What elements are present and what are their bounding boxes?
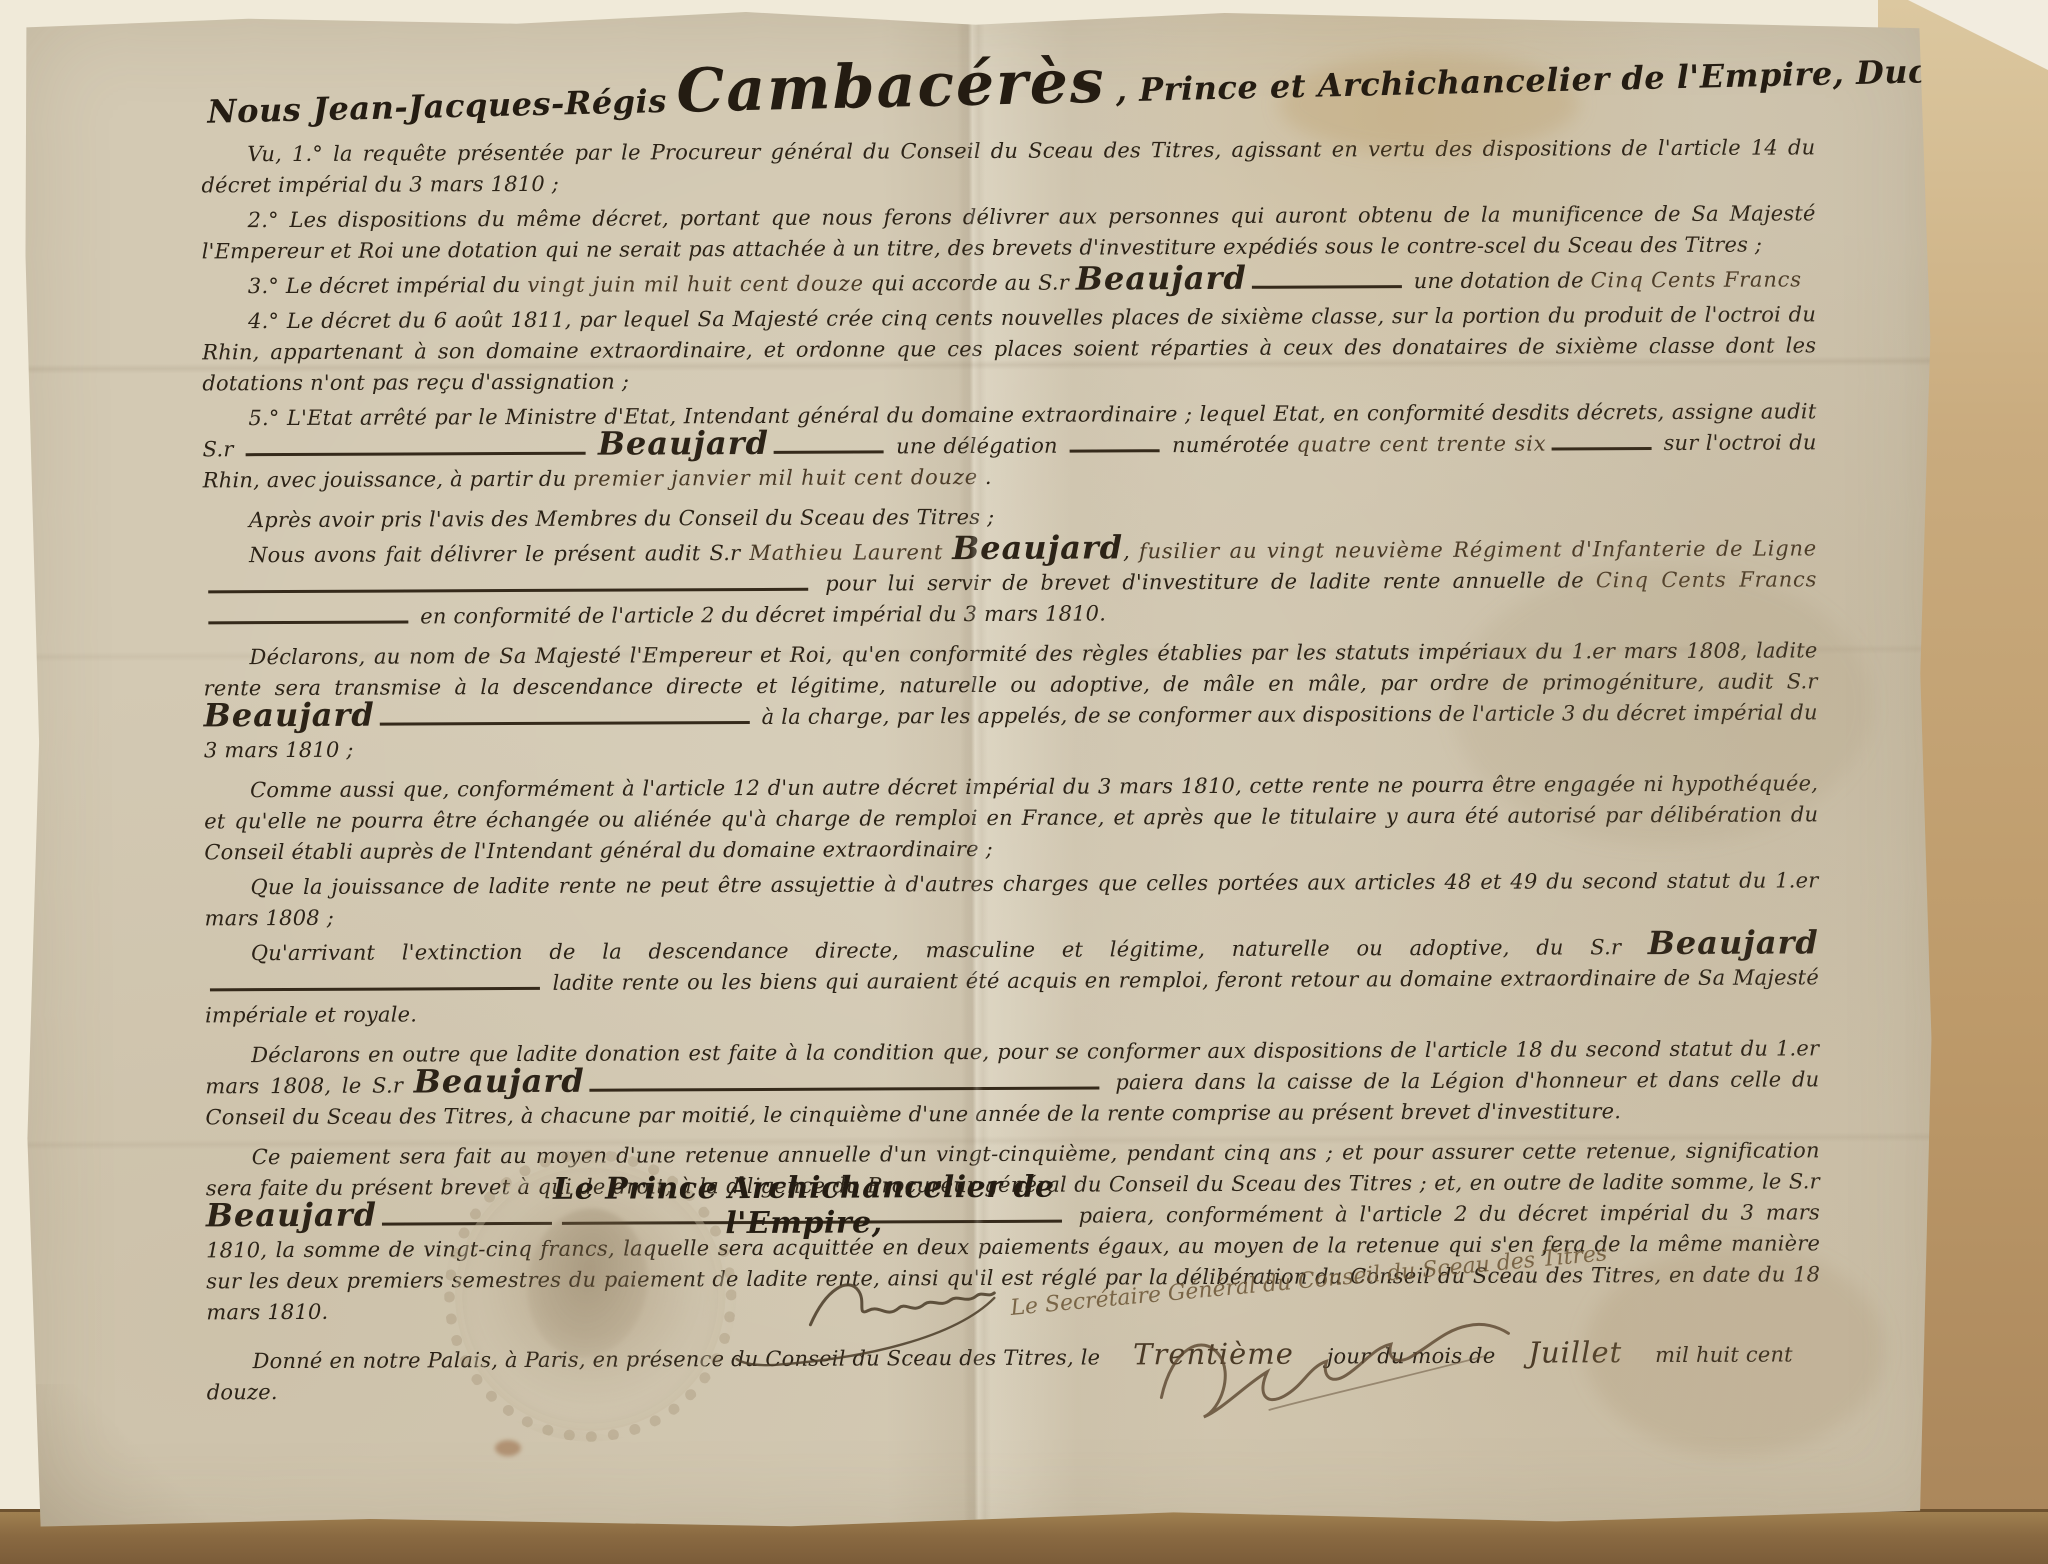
blank-underline xyxy=(208,618,408,624)
paragraph: Que la jouissance de ladite rente ne peu… xyxy=(204,865,1818,934)
document-heading: Nous Jean-Jacques-Régis Cambacérès , Pri… xyxy=(207,45,1816,131)
text-segment: Beaujard xyxy=(1648,923,1819,962)
document-paragraphs: Vu, 1.° la requête présentée par le Proc… xyxy=(201,132,1820,1328)
blank-underline xyxy=(210,985,540,991)
text-segment: Beaujard xyxy=(204,696,375,735)
blank-underline xyxy=(774,448,884,453)
text-segment: ladite rente ou les biens qui auraient é… xyxy=(205,965,1819,1027)
text-segment: numérotée xyxy=(1165,433,1297,458)
text-segment: une délégation xyxy=(889,434,1065,459)
blank-underline xyxy=(1252,283,1402,289)
blank-underline xyxy=(246,450,586,456)
text-segment: Beaujard xyxy=(598,424,769,463)
blank-underline xyxy=(1070,447,1160,452)
text-segment: Comme aussi que, conformément à l'articl… xyxy=(204,771,1818,864)
parchment-document: Nous Jean-Jacques-Régis Cambacérès , Pri… xyxy=(19,4,1940,1534)
paragraph: 4.° Le décret du 6 août 1811, par lequel… xyxy=(202,299,1816,399)
text-segment: Juillet xyxy=(1528,1335,1622,1369)
text-segment: fusilier au vingt neuvième Régiment d'In… xyxy=(1139,536,1817,563)
paragraph: Comme aussi que, conformément à l'articl… xyxy=(204,768,1818,868)
text-segment: . xyxy=(978,465,992,489)
paragraph: 5.° L'Etat arrêté par le Ministre d'Etat… xyxy=(202,396,1816,496)
text-segment: Mathieu Laurent xyxy=(749,540,943,565)
text-segment: Vu, 1.° la requête présentée par le Proc… xyxy=(201,135,1815,197)
text-segment: 4.° Le décret du 6 août 1811, par lequel… xyxy=(202,302,1816,395)
corner-fold-shadow xyxy=(25,1383,216,1534)
paragraph: 3.° Le décret impérial du vingt juin mil… xyxy=(202,264,1816,302)
paragraph: Déclarons en outre que ladite donation e… xyxy=(205,1033,1819,1133)
text-segment: Beaujard xyxy=(952,528,1123,567)
text-segment: quatre cent trente six xyxy=(1296,432,1546,457)
text-segment: Que la jouissance de ladite rente ne peu… xyxy=(205,868,1819,930)
text-segment: une dotation de xyxy=(1407,268,1591,293)
text-segment: en conformité de l'article 2 du décret i… xyxy=(413,601,1106,628)
text-segment: Déclarons, au nom de Sa Majesté l'Empere… xyxy=(204,638,1818,700)
text-segment: Beaujard xyxy=(1076,259,1247,298)
text-segment: vingt juin mil huit cent douze xyxy=(527,271,864,296)
text-segment: premier janvier mil huit cent douze xyxy=(573,465,978,491)
text-segment: Nous avons fait délivrer le présent audi… xyxy=(249,541,749,567)
text-segment: Beaujard xyxy=(414,1062,585,1101)
photograph-of-document: { "photo": { "backdrop_color": "#f0ead9"… xyxy=(0,0,2048,1564)
blank-underline xyxy=(208,586,808,594)
paragraph: Vu, 1.° la requête présentée par le Proc… xyxy=(201,132,1815,201)
heading-pre: Nous Jean-Jacques-Régis xyxy=(207,82,667,131)
text-segment: 3.° Le décret impérial du xyxy=(248,273,528,298)
text-segment: , xyxy=(1123,539,1139,563)
text-segment: 2.° Les dispositions du même décret, por… xyxy=(202,201,1816,263)
prince-archchancellor-title-line: Le Prince Archichancelier de l'Empire, xyxy=(544,1170,1064,1242)
text-segment: Qu'arrivant l'extinction de la descendan… xyxy=(251,935,1648,965)
blank-underline xyxy=(1551,445,1651,450)
blank-underline xyxy=(380,719,750,726)
cambaceres-signature xyxy=(714,1245,1115,1407)
text-segment: Cinq Cents Francs xyxy=(1596,567,1817,592)
text-segment: Après avoir pris l'avis des Membres du C… xyxy=(249,505,995,532)
heading-post: , Prince et Archichancelier de l'Empire,… xyxy=(1115,47,2048,109)
ink-spot xyxy=(495,1440,521,1456)
paragraph: 2.° Les dispositions du même décret, por… xyxy=(202,198,1816,267)
text-segment xyxy=(943,540,952,564)
paragraph: Déclarons, au nom de Sa Majesté l'Empere… xyxy=(203,635,1818,766)
text-segment: à la charge, par les appelés, de se conf… xyxy=(204,700,1818,762)
text-segment: qui accorde au S.r xyxy=(864,271,1076,296)
text-segment: pour lui servir de brevet d'investiture … xyxy=(813,568,1596,595)
text-segment: Cinq Cents Francs xyxy=(1591,267,1802,292)
text-segment: Beaujard xyxy=(206,1196,377,1235)
paragraph: Nous avons fait délivrer le présent audi… xyxy=(203,533,1817,633)
blank-underline xyxy=(590,1084,1100,1091)
heading-name-cambaceres: Cambacérès xyxy=(676,62,1106,112)
paragraph: Qu'arrivant l'extinction de la descendan… xyxy=(205,931,1819,1031)
